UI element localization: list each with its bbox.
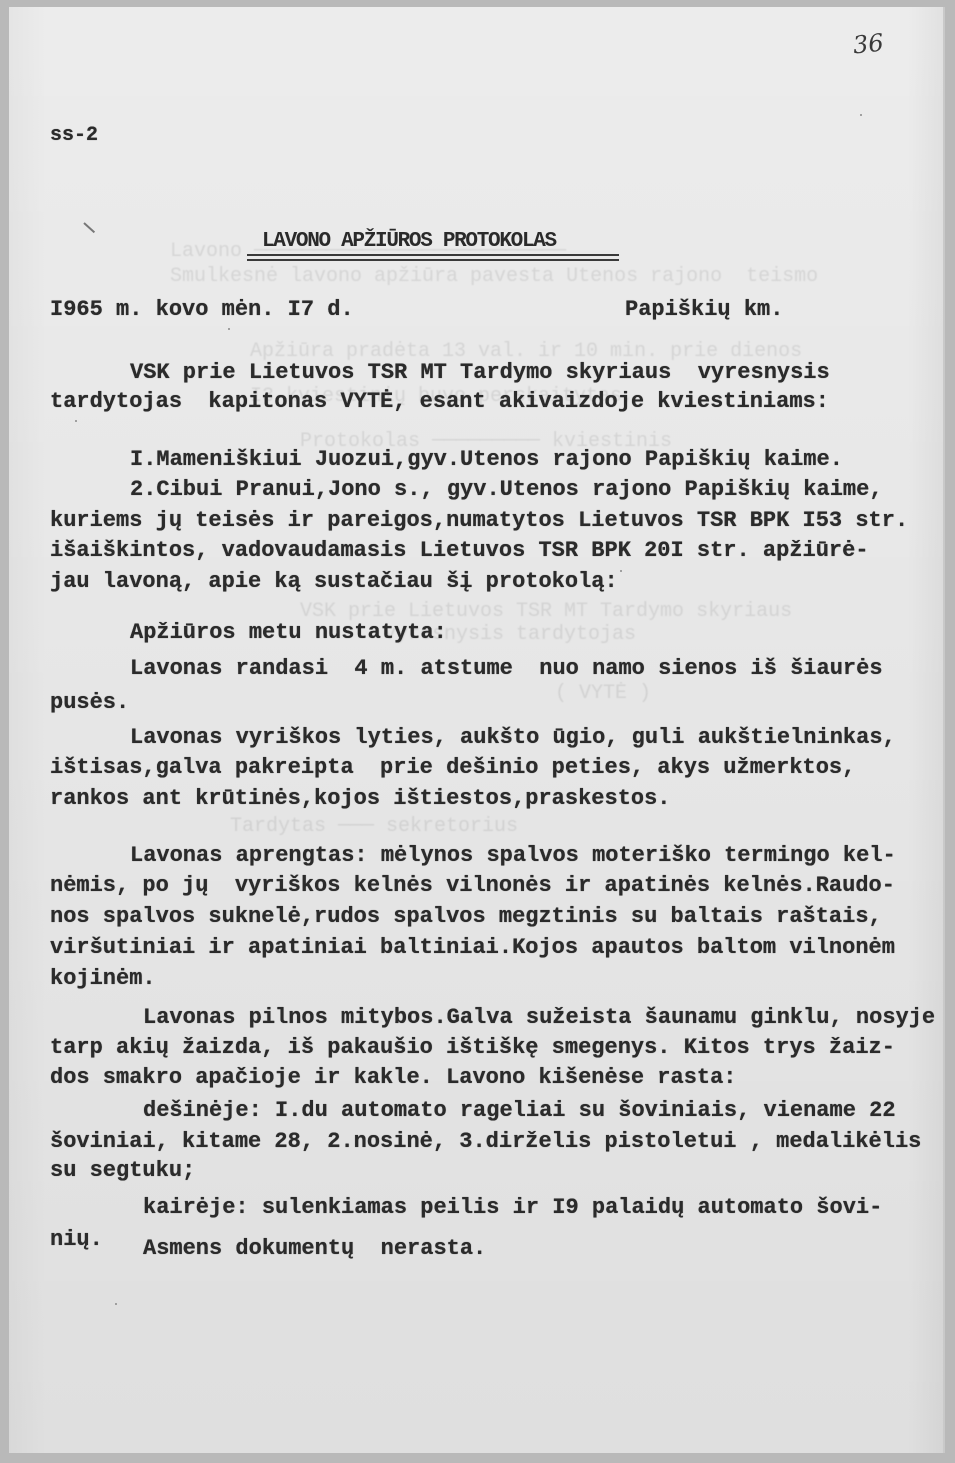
title-underline (247, 254, 619, 261)
clothing-line: kojinėm. (50, 967, 156, 991)
paper-speck (860, 114, 862, 116)
document-title: LAVONO APŽIŪROS PROTOKOLAS (262, 230, 556, 253)
rights-line: jau lavoną, apie ką sustačiau šį protoko… (50, 570, 618, 594)
clothing-line: viršutiniai ir apatiniai baltiniai.Kojos… (50, 936, 895, 960)
witness-item: 2.Cibui Pranui,Jono s., gyv.Utenos rajon… (130, 478, 883, 502)
findings-heading: Apžiūros metu nustatyta: (130, 621, 447, 645)
injuries-line: dos smakro apačioje ir kakle. Lavono kiš… (50, 1066, 737, 1090)
location-line: Lavonas randasi 4 m. atstume nuo namo si… (130, 657, 883, 681)
paper-speck (115, 1303, 117, 1305)
clothing-line: Lavonas aprengtas: mėlynos spalvos moter… (130, 844, 896, 868)
right-pocket-line: su segtuku; (50, 1159, 195, 1183)
intro-line: VSK prie Lietuvos TSR MT Tardymo skyriau… (130, 361, 830, 385)
closing-line: Asmens dokumentų nerasta. (143, 1237, 486, 1261)
rights-line: išaiškintos, vadovaudamasis Lietuvos TSR… (50, 539, 869, 563)
document-date: I965 m. kovo mėn. I7 d. (50, 298, 354, 322)
clothing-line: nos spalvos suknelė,rudos spalvos megzti… (50, 905, 882, 929)
paper-speck (228, 328, 230, 330)
injuries-line: tarp akių žaizda, iš pakaušio ištiškę sm… (50, 1036, 895, 1060)
reference-code: ss-2 (50, 124, 98, 148)
left-pocket-line: nių. (50, 1228, 103, 1252)
right-pocket-line: šoviniai, kitame 28, 2.nosinė, 3.dirželi… (50, 1130, 921, 1154)
body-position-line: Lavonas vyriškos lyties, aukšto ūgio, gu… (130, 726, 896, 750)
rights-line: kuriems jų teisės ir pareigos,numatytos … (50, 509, 908, 533)
body-position-line: ištisas,galva pakreipta prie dešinio pet… (50, 756, 855, 780)
right-pocket-line: dešinėje: I.du automato rageliai su šovi… (143, 1099, 896, 1123)
injuries-line: Lavonas pilnos mitybos.Galva sužeista ša… (143, 1006, 935, 1030)
intro-line: tardytojas kapitonas VYTĖ, esant akivaiz… (50, 390, 829, 414)
clothing-line: nėmis, po jų vyriškos kelnės vilnonės ir… (50, 874, 895, 898)
paper-speck (620, 570, 622, 572)
witness-item: I.Mameniškiui Juozui,gyv.Utenos rajono P… (130, 448, 843, 472)
left-pocket-line: kairėje: sulenkiamas peilis ir I9 palaid… (143, 1196, 882, 1220)
paper-speck (75, 420, 77, 422)
handwritten-page-number: 36 (852, 28, 885, 59)
body-position-line: rankos ant krūtinės,kojos ištiestos,pras… (50, 787, 671, 811)
document-place: Papiškių km. (625, 298, 783, 322)
location-line: pusės. (50, 691, 129, 715)
